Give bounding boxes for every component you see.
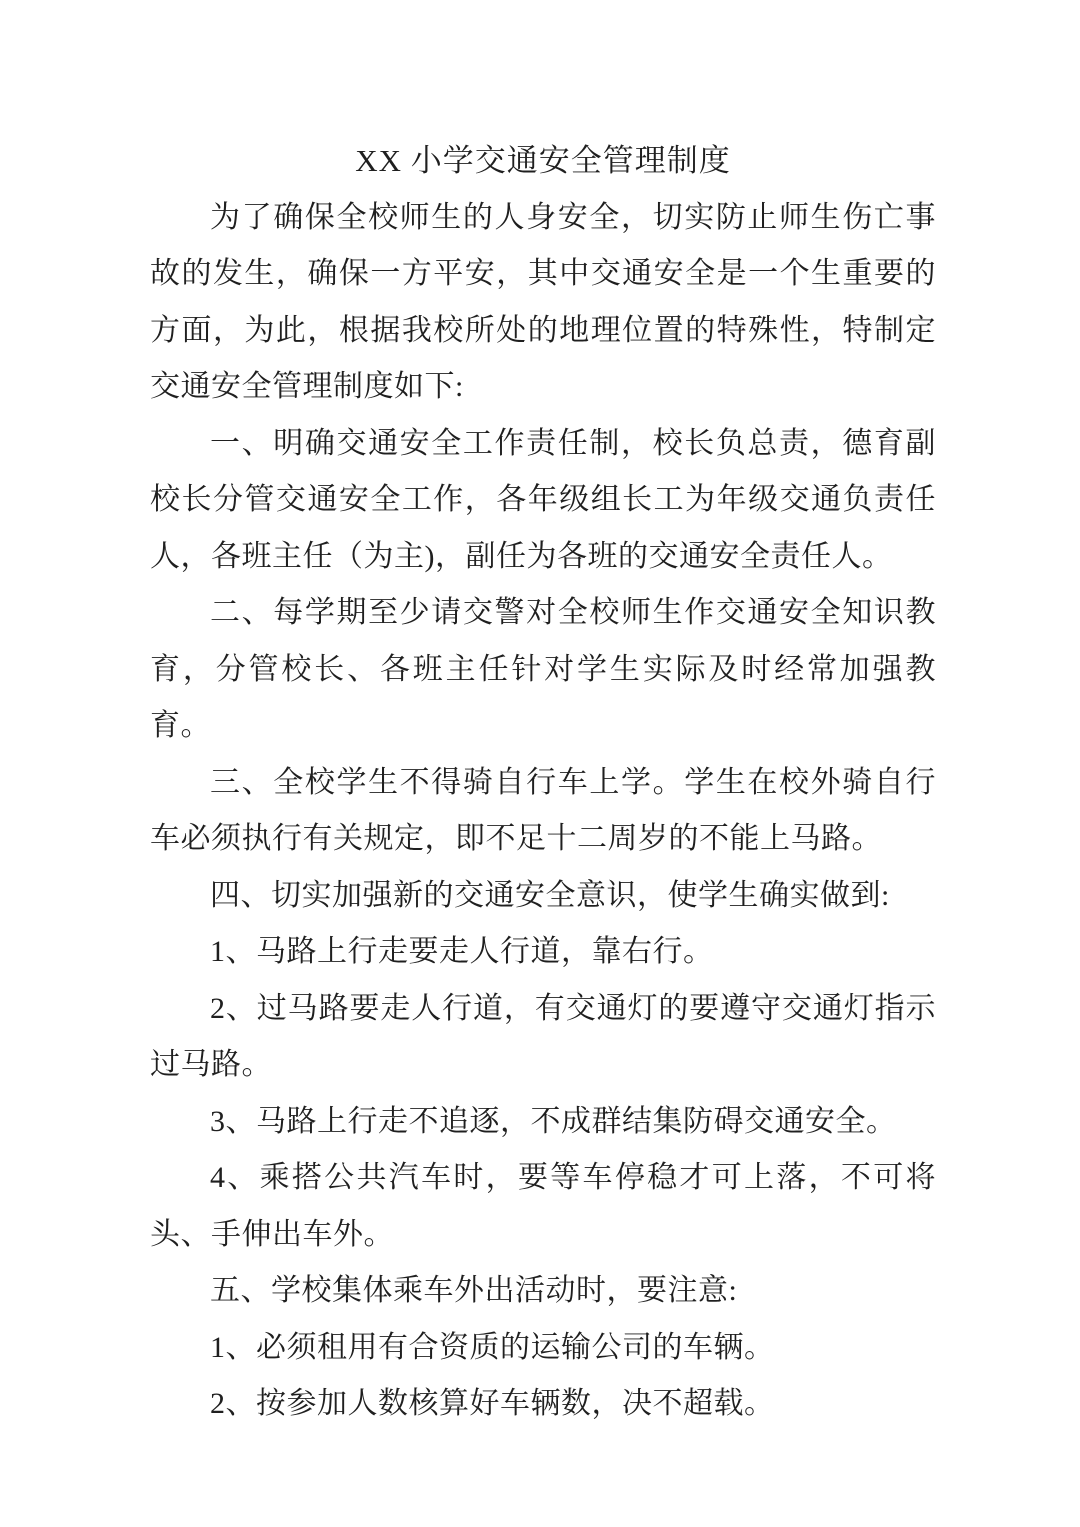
document-title: XX 小学交通安全管理制度 [150,133,936,190]
paragraph-rule-2: 二、每学期至少请交警对全校师生作交通安全知识教育，分管校长、各班主任针对学生实际… [150,585,936,755]
paragraph-rule-4: 四、切实加强新的交通安全意识，使学生确实做到: [150,868,936,925]
paragraph-rule-4-item-1: 1、马路上行走要走人行道，靠右行。 [150,924,936,981]
paragraph-rule-5-item-2: 2、按参加人数核算好车辆数，决不超载。 [150,1376,936,1433]
paragraph-intro: 为了确保全校师生的人身安全，切实防止师生伤亡事故的发生，确保一方平安，其中交通安… [150,190,936,416]
paragraph-rule-3: 三、全校学生不得骑自行车上学。学生在校外骑自行车必须执行有关规定，即不足十二周岁… [150,755,936,868]
paragraph-rule-4-item-3: 3、马路上行走不追逐，不成群结集防碍交通安全。 [150,1094,936,1151]
document-page: XX 小学交通安全管理制度 为了确保全校师生的人身安全，切实防止师生伤亡事故的发… [0,0,1080,1527]
paragraph-rule-5-item-1: 1、必须租用有合资质的运输公司的车辆。 [150,1320,936,1377]
paragraph-rule-4-item-4: 4、乘搭公共汽车时，要等车停稳才可上落，不可将头、手伸出车外。 [150,1150,936,1263]
document-body: XX 小学交通安全管理制度 为了确保全校师生的人身安全，切实防止师生伤亡事故的发… [150,133,936,1433]
paragraph-rule-4-item-2: 2、过马路要走人行道，有交通灯的要遵守交通灯指示过马路。 [150,981,936,1094]
paragraph-rule-5: 五、学校集体乘车外出活动时，要注意: [150,1263,936,1320]
paragraph-rule-1: 一、明确交通安全工作责任制，校长负总责，德育副校长分管交通安全工作，各年级组长工… [150,416,936,586]
